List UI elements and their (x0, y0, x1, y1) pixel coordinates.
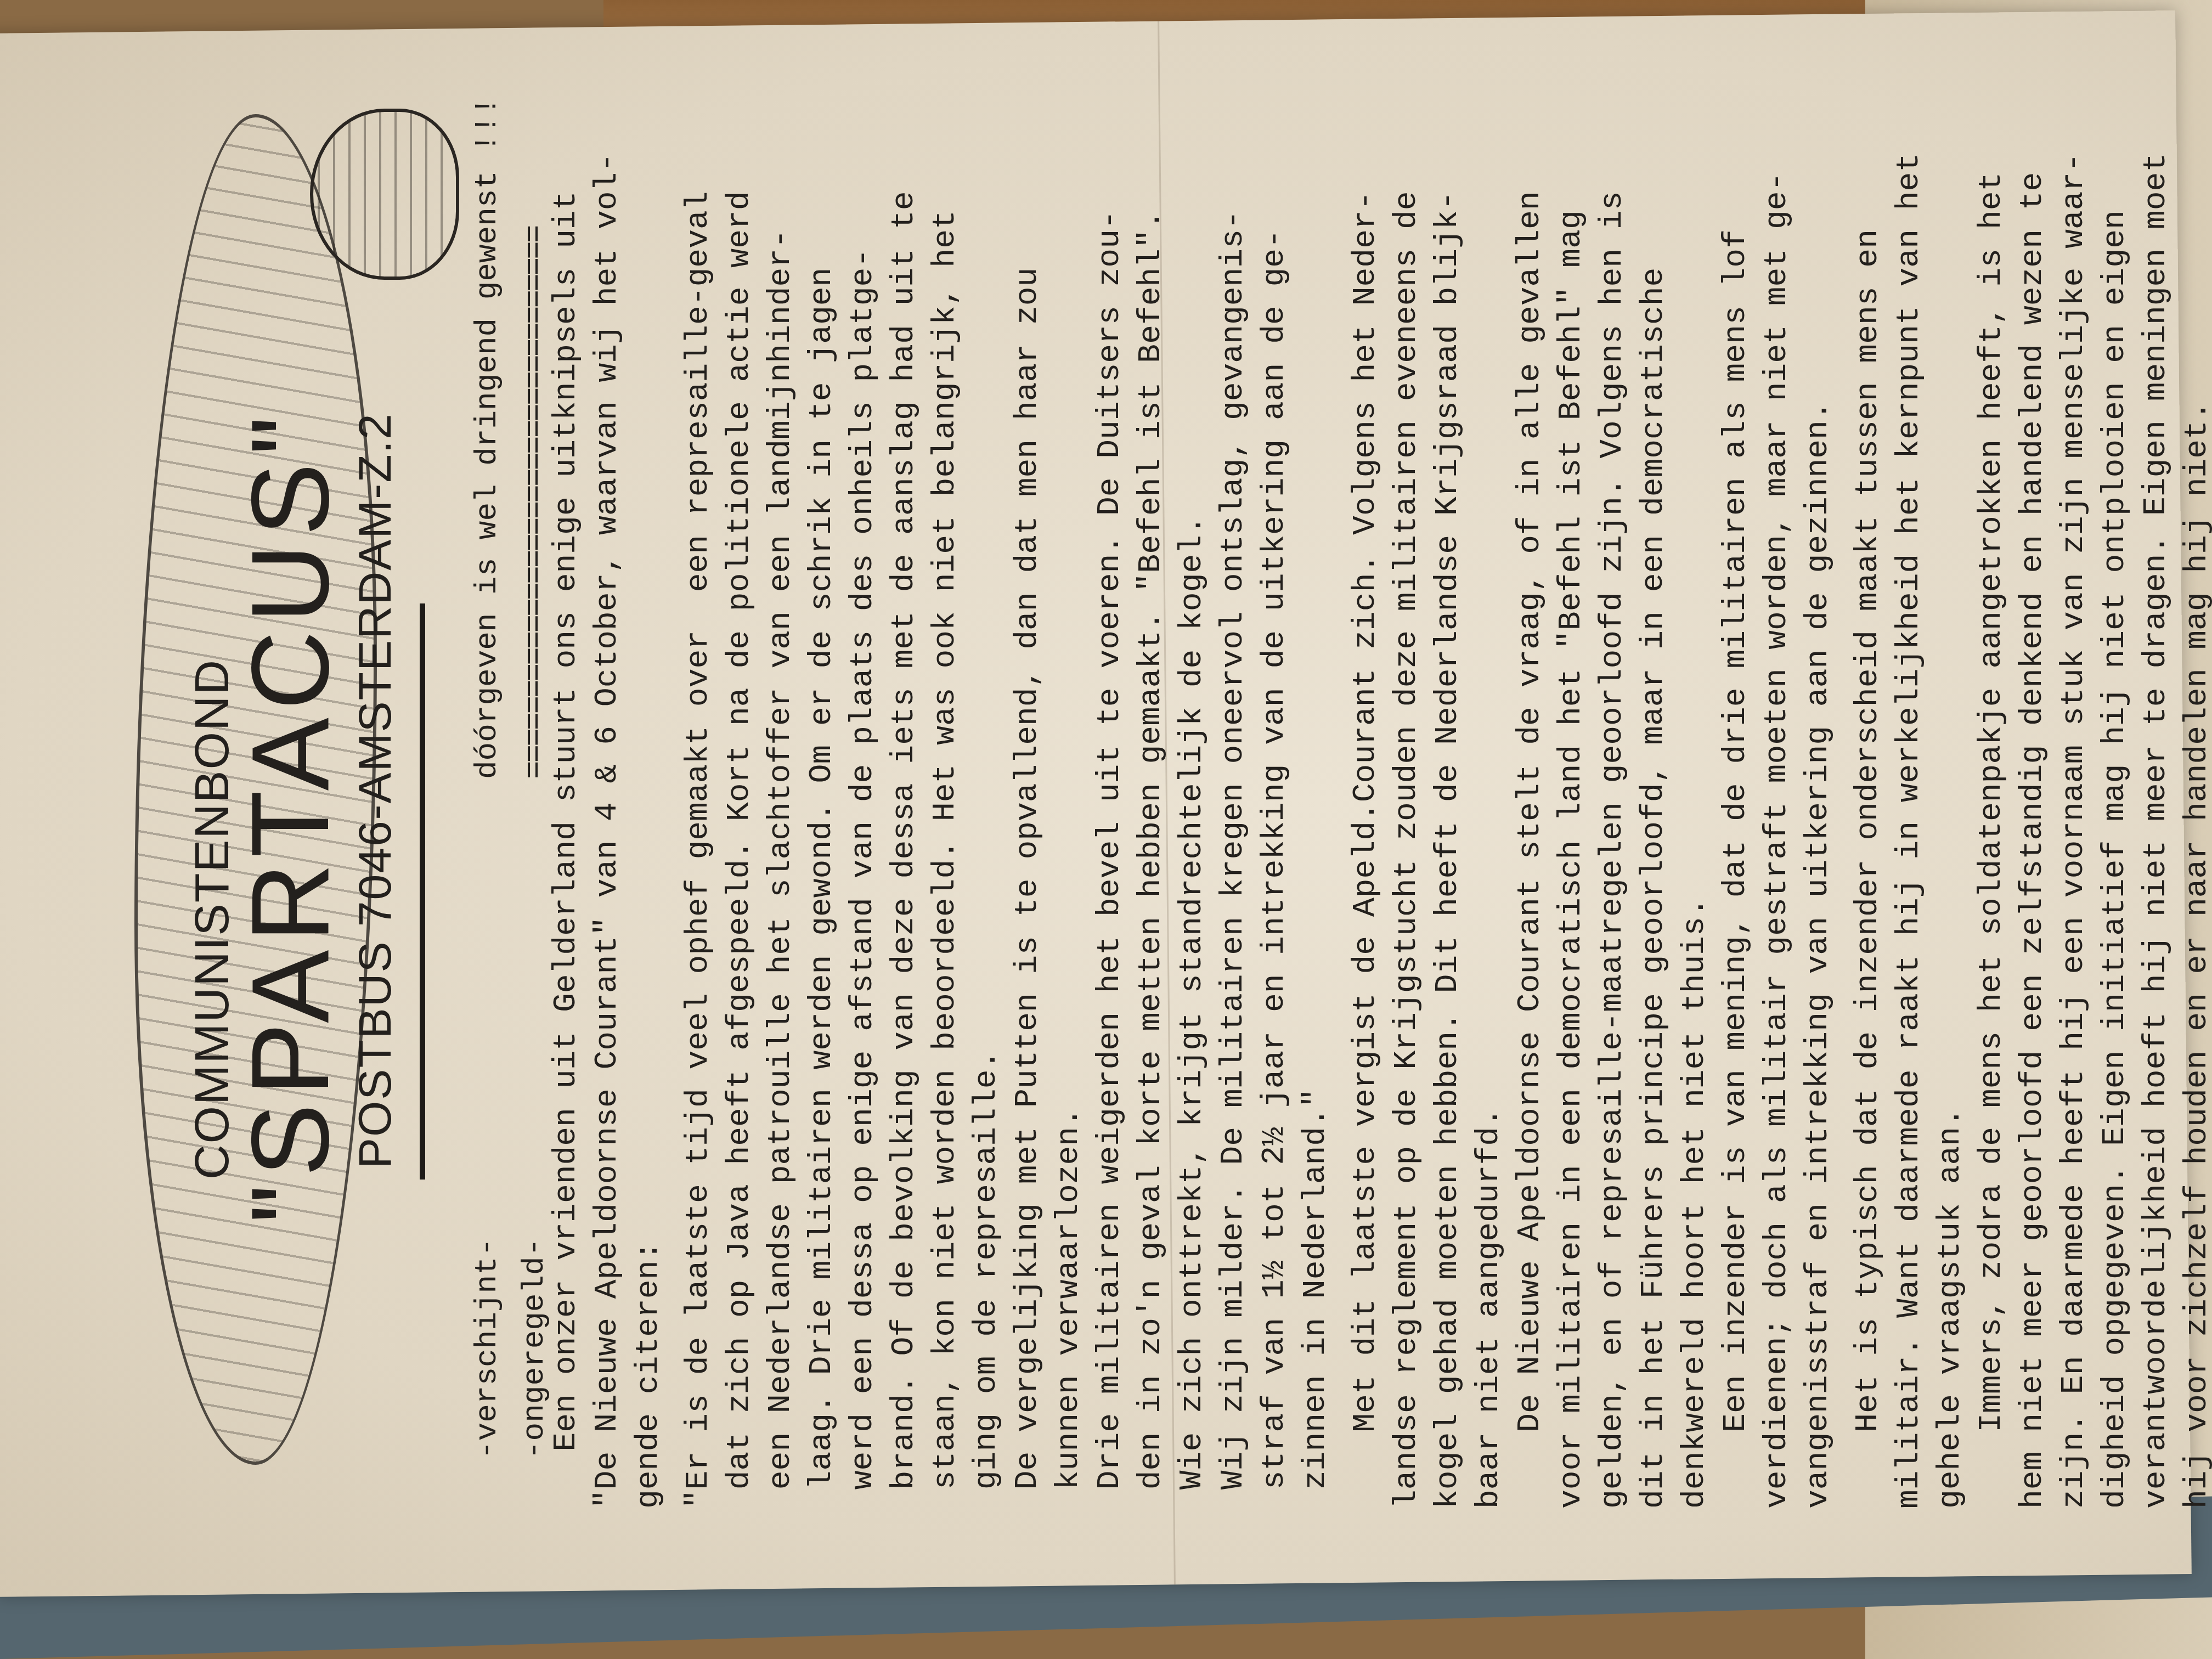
text-line: De vergelijking met Putten is te opvalle… (1007, 60, 1048, 1509)
text-line: straf van 1½ tot 2½ jaar en intrekking v… (1254, 60, 1295, 1509)
leaflet-content: COMMUNISTENBOND "SPARTACUS" POSTBUS 7046… (112, 49, 2170, 1531)
text-line: militair. Want daarmede raakt hij in wer… (1889, 60, 1930, 1509)
text-line: hem niet meer geoorloofd een zelfstandig… (2012, 60, 2053, 1509)
paragraph: Met dit laatste vergist de Apeld.Courant… (1345, 60, 1839, 1509)
text-line: landse reglement op de Krijgstucht zoude… (1386, 60, 1427, 1509)
frequency-line-1: -verschijnt- (464, 1238, 511, 1459)
text-line: baar niet aangedurfd. (1469, 60, 1510, 1509)
text-line: laag. Drie militairen werden gewond. Om … (802, 60, 843, 1509)
text-line: "De Nieuwe Apeldoornse Courant" van 4 & … (587, 60, 628, 1509)
postal-address: POSTBUS 7046-AMSTERDAM-Z.2 (348, 413, 402, 1169)
header-rule (420, 603, 425, 1180)
text-line: staan, kon niet worden beoordeeld. Het w… (925, 60, 966, 1509)
article-body: Een onzer vrienden uit Gelderland stuurt… (546, 60, 2212, 1509)
text-line: den in zo'n geval korte metten hebben ge… (1131, 60, 1172, 1509)
text-line: Wij zijn milder. De militairen kregen on… (1213, 60, 1254, 1509)
text-line: Drie militairen weigerden het bevel uit … (1090, 60, 1131, 1509)
text-line: voor militairen in een democratisch land… (1551, 60, 1592, 1509)
text-line: De Nieuwe Apeldoornse Courant stelt de v… (1510, 60, 1551, 1509)
frequency-note: -verschijnt- -ongeregeld- (464, 1238, 558, 1459)
text-line: een Nederlandse patrouille het slachtoff… (760, 60, 802, 1509)
text-line: dat zich op Java heeft afgespeeld. Kort … (719, 60, 760, 1509)
letterhead: COMMUNISTENBOND "SPARTACUS" POSTBUS 7046… (112, 49, 496, 1531)
text-line: digheid opgegeven. Eigen initiatief mag … (2095, 60, 2136, 1509)
text-line: Wie zich onttrekt, krijgt standrechtelij… (1172, 60, 1213, 1509)
paragraph: "Er is de laatste tijd veel ophef gemaak… (678, 60, 1336, 1509)
text-line: gehele vraagstuk aan. (1930, 60, 1971, 1509)
text-line: Een inzender is van mening, dat de drie … (1716, 60, 1757, 1509)
paragraph: Het is typisch dat de inzender ondersche… (1848, 60, 2212, 1509)
text-line: verantwoordelijkheid hoeft hij niet meer… (2136, 60, 2177, 1509)
text-line: Een onzer vrienden uit Gelderland stuurt… (546, 60, 587, 1509)
text-line: kunnen verwaarlozen. (1048, 60, 1090, 1509)
text-line: denkwereld hoort het niet thuis. (1674, 60, 1716, 1509)
pass-on-note: dóórgeven is wel dringend gewenst !!! ==… (464, 97, 558, 779)
text-line: verdienen; doch als militair gestraft mo… (1757, 60, 1798, 1509)
text-line: "Er is de laatste tijd veel ophef gemaak… (678, 60, 719, 1509)
text-line: brand. Of de bevolking van deze dessa ie… (884, 60, 925, 1509)
text-line: zinnen in Nederland." (1295, 60, 1336, 1509)
text-line: Het is typisch dat de inzender ondersche… (1848, 60, 1889, 1509)
text-line: kogel gehad moeten hebben. Dit heeft de … (1427, 60, 1469, 1509)
text-line: gelden, en of represaille-maatregelen ge… (1592, 60, 1633, 1509)
text-line: zijn. En daarmede heeft hij een voornaam… (2053, 60, 2095, 1509)
text-line: Met dit laatste vergist de Apeld.Courant… (1345, 60, 1386, 1509)
text-line: werd een dessa op enige afstand van de p… (843, 60, 884, 1509)
text-line: dit in het Führers principe geoorloofd, … (1633, 60, 1674, 1509)
text-line: Immers, zodra de mens het soldatenpakje … (1971, 60, 2012, 1509)
text-line: ging om de represaille. (966, 60, 1007, 1509)
text-line: gende citeren: (628, 60, 669, 1509)
publication-title: "SPARTACUS" (228, 409, 354, 1223)
text-line: hij voor zichzelf houden en er naar hand… (2177, 60, 2212, 1509)
pass-on-text: dóórgeven is wel dringend gewenst !!! (464, 97, 511, 779)
text-line: vangenisstraf en intrekking van uitkerin… (1798, 60, 1839, 1509)
paragraph: Een onzer vrienden uit Gelderland stuurt… (546, 60, 669, 1509)
torch-hand-flame-icon (310, 109, 459, 280)
